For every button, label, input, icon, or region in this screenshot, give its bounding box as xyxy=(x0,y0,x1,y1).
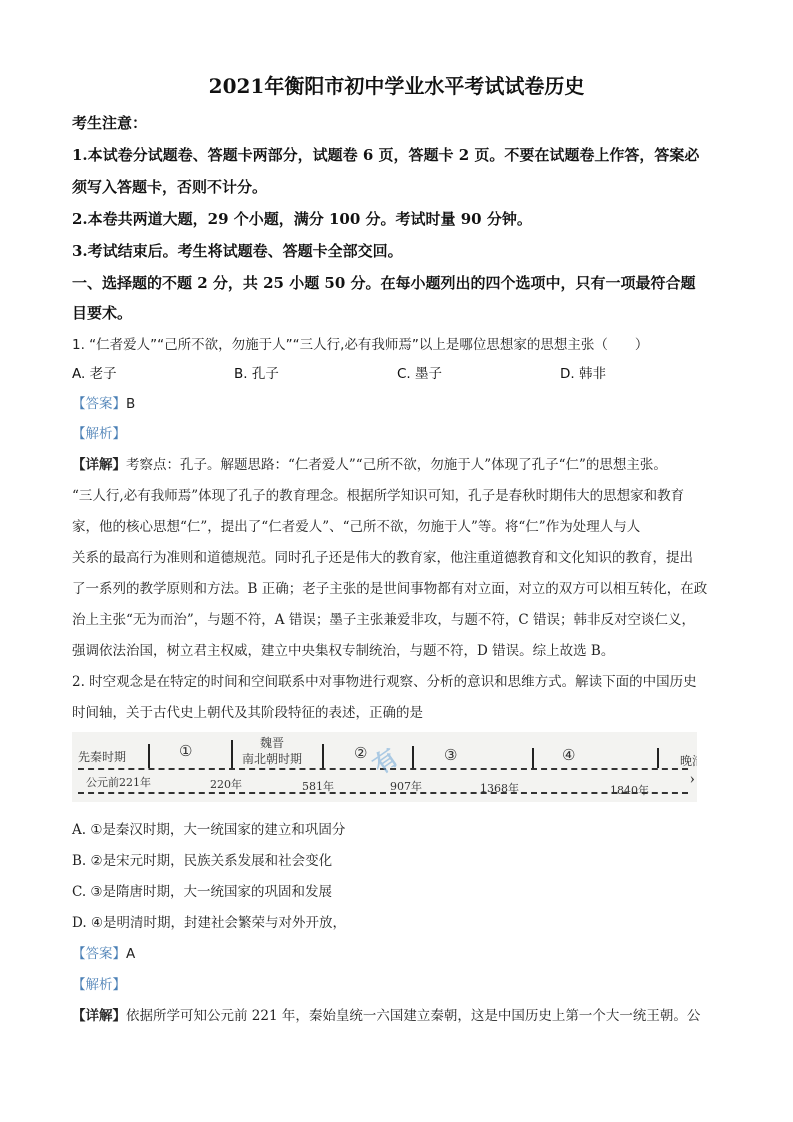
q1-detail-line-3: 家，他的核心思想“仁”，提出了“仁者爱人”、“己所不欲，勿施于人”等。将“仁”作… xyxy=(72,515,640,535)
q2-detail-line-1: 【详解】依据所学可知公元前 221 年，秦始皇统一六国建立秦朝，这是中国历史上第… xyxy=(72,1004,700,1024)
section-heading-cont: 目要术。 xyxy=(72,302,132,323)
q1-detail-line-2: “三人行,必有我师焉”体现了孔子的教育理念。根据所学知识可知，孔子是春秋时期伟大… xyxy=(72,484,684,504)
notice-item-2: 2.本卷共两道大题，29 个小题，满分 100 分。考试时量 90 分钟。 xyxy=(72,208,532,229)
timeline-dash-bottom xyxy=(78,792,688,794)
period-late-qing: 晚清时期 xyxy=(680,752,697,769)
q2-analysis-label: 【解析】 xyxy=(72,973,126,993)
watermark-glyph: 有 xyxy=(364,738,404,780)
arrow-right-icon: › xyxy=(690,770,695,788)
section-heading: 一、选择题的不题 2 分，共 25 小题 50 分。在每小题列出的四个选项中，只… xyxy=(72,272,696,293)
q1-option-d: D. 韩非 xyxy=(560,362,606,382)
question-2-stem-line-2: 时间轴，关于古代史上朝代及其阶段特征的表述，正确的是 xyxy=(72,701,423,721)
q1-option-b: B. 孔子 xyxy=(234,362,279,382)
history-timeline-image: 先秦时期 ① 魏晋 南北朝时期 ② ③ ④ 晚清时期 公元前221年 220年 … xyxy=(72,732,697,802)
year-1840: 1840年 xyxy=(610,782,649,798)
question-1-stem: 1. “仁者爱人”“己所不欲，勿施于人”“三人行,必有我师焉”以上是哪位思想家的… xyxy=(72,333,648,353)
year-220: 220年 xyxy=(210,776,242,792)
q2-option-c: C. ③是隋唐时期，大一统国家的巩固和发展 xyxy=(72,880,332,900)
notice-item-1-cont: 须写入答题卡，否则不计分。 xyxy=(72,176,267,197)
year-221bc: 公元前221年 xyxy=(86,774,151,790)
q1-answer: 【答案】B xyxy=(72,392,135,412)
q2-option-d: D. ④是明清时期，封建社会繁荣与对外开放， xyxy=(72,911,346,931)
year-1368: 1368年 xyxy=(480,780,519,796)
q1-option-c: C. 墨子 xyxy=(397,362,442,382)
period-3: ③ xyxy=(444,746,457,764)
period-southern-northern: 南北朝时期 xyxy=(242,750,302,767)
q2-option-b: B. ②是宋元时期，民族关系发展和社会变化 xyxy=(72,849,332,869)
q1-detail-line-1: 【详解】考察点：孔子。解题思路：“仁者爱人”“己所不欲，勿施于人”体现了孔子“仁… xyxy=(72,453,667,473)
q2-answer: 【答案】A xyxy=(72,942,135,962)
detail-label: 【详解】 xyxy=(72,457,126,473)
question-2-stem-line-1: 2. 时空观念是在特定的时间和空间联系中对事物进行观察、分析的意识和思维方式。解… xyxy=(72,670,697,690)
year-581: 581年 xyxy=(302,778,334,794)
answer-value: A xyxy=(126,946,135,962)
q1-detail-line-6: 治上主张“无为而治”，与题不符，A 错误；墨子主张兼爱非攻，与题不符，C 错误；… xyxy=(72,608,695,628)
q2-option-a: A. ①是秦汉时期，大一统国家的建立和巩固分 xyxy=(72,818,345,838)
period-1: ① xyxy=(179,742,192,760)
notice-item-1: 1.本试卷分试题卷、答题卡两部分，试题卷 6 页，答题卡 2 页。不要在试题卷上… xyxy=(72,144,699,165)
q1-analysis-label: 【解析】 xyxy=(72,422,126,442)
notice-heading: 考生注意： xyxy=(72,112,147,133)
period-wei-jin: 魏晋 xyxy=(260,734,284,751)
answer-value: B xyxy=(126,396,135,412)
q1-detail-line-4: 关系的最高行为准则和道德规范。同时孔子还是伟大的教育家，他注重道德教育和文化知识… xyxy=(72,546,693,566)
q1-detail-line-5: 了一系列的教学原则和方法。B 正确；老子主张的是世间事物都有对立面，对立的双方可… xyxy=(72,577,707,597)
answer-label: 【答案】 xyxy=(72,396,126,412)
detail-label: 【详解】 xyxy=(72,1008,126,1024)
period-4: ④ xyxy=(562,746,575,764)
q1-option-a: A. 老子 xyxy=(72,362,117,382)
period-pre-qin: 先秦时期 xyxy=(78,748,126,765)
year-907: 907年 xyxy=(390,778,422,794)
page-title: 2021年衡阳市初中学业水平考试试卷历史 xyxy=(0,70,793,99)
answer-label: 【答案】 xyxy=(72,946,126,962)
q1-detail-line-7: 强调依法治国，树立君主权威，建立中央集权专制统治，与题不符，D 错误。综上故选 … xyxy=(72,639,614,659)
notice-item-3: 3.考试结束后。考生将试题卷、答题卡全部交回。 xyxy=(72,240,403,261)
